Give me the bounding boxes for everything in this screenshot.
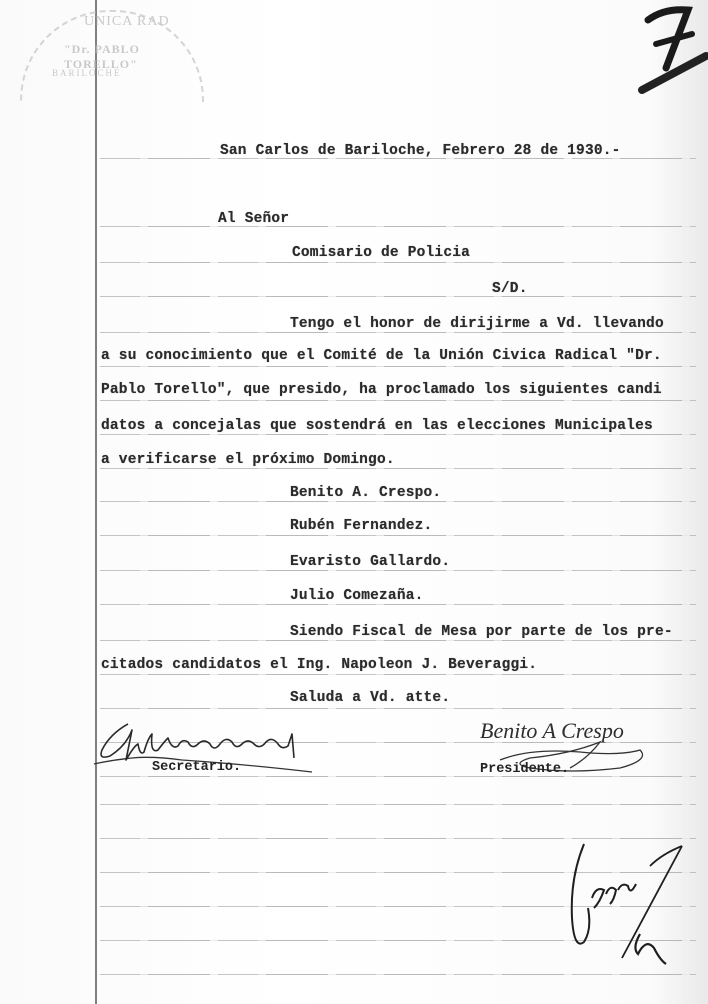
ruled-line xyxy=(100,708,696,709)
place-date-line: San Carlos de Bariloche, Febrero 28 de 1… xyxy=(220,143,621,159)
secretary-label: Secretario. xyxy=(152,760,241,775)
fiscal-line-1: Siendo Fiscal de Mesa por parte de los p… xyxy=(290,624,673,640)
ruled-line xyxy=(100,535,696,536)
body-line-3: Pablo Torello", que presido, ha proclama… xyxy=(101,382,662,398)
ruled-line xyxy=(100,468,696,469)
body-line-4: datos a concejalas que sostendrá en las … xyxy=(101,418,653,434)
margin-line xyxy=(95,0,97,1004)
stamp-line-1: UNICA RAD xyxy=(84,14,170,30)
ruled-line xyxy=(100,604,696,605)
candidate-2: Rubén Fernandez. xyxy=(290,518,432,534)
ruled-line xyxy=(100,804,696,805)
recipient-abbrev: S/D. xyxy=(492,281,528,297)
ruled-line xyxy=(100,296,696,297)
president-label: Presidente. xyxy=(480,762,569,777)
recipient-title: Comisario de Policia xyxy=(292,245,470,261)
ruled-line xyxy=(100,366,696,367)
document-page: UNICA RAD "Dr. PABLO TORELLO" BARILOCHE … xyxy=(0,0,708,1004)
folio-number-mark xyxy=(636,2,708,102)
ruled-line xyxy=(100,262,696,263)
party-stamp: UNICA RAD "Dr. PABLO TORELLO" BARILOCHE xyxy=(14,4,204,84)
president-signature-text: Benito A Crespo xyxy=(480,718,624,743)
stamp-line-3: BARILOCHE xyxy=(52,68,122,78)
ruled-line xyxy=(100,332,696,333)
ruled-line xyxy=(100,974,696,975)
closing-line: Saluda a Vd. atte. xyxy=(290,690,450,706)
fiscal-line-2: citados candidatos el Ing. Napoleon J. B… xyxy=(101,657,537,673)
candidate-1: Benito A. Crespo. xyxy=(290,485,441,501)
ruled-line xyxy=(100,434,696,435)
initials-signature xyxy=(562,838,692,968)
salutation: Al Señor xyxy=(218,211,289,227)
ruled-line xyxy=(100,640,696,641)
candidate-3: Evaristo Gallardo. xyxy=(290,554,450,570)
body-line-2: a su conocimiento que el Comité de la Un… xyxy=(101,348,662,364)
ruled-line xyxy=(100,501,696,502)
body-line-5: a verificarse el próximo Domingo. xyxy=(101,452,395,468)
ruled-line xyxy=(100,400,696,401)
body-line-1: Tengo el honor de dirijirme a Vd. llevan… xyxy=(290,316,664,332)
ruled-line xyxy=(100,674,696,675)
candidate-4: Julio Comezaña. xyxy=(290,588,424,604)
ruled-line xyxy=(100,570,696,571)
ruled-line xyxy=(100,226,696,227)
